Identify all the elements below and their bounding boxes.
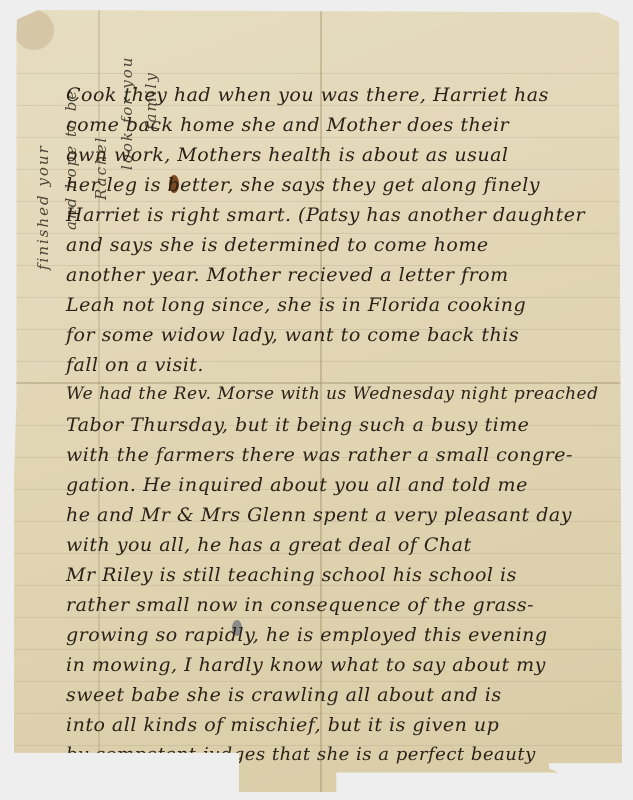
text-line: by competent judges that she is a perfec… [66,744,536,765]
cross-written-text: family [142,71,160,130]
cross-written-text: look for you [118,56,136,170]
text-line: Harriet is right smart. (Patsy has anoth… [66,204,585,226]
ruled-line [14,201,622,202]
text-line: fall on a visit. [66,354,204,376]
ruled-line [14,617,622,618]
text-line: in mowing, I hardly know what to say abo… [66,654,546,676]
cross-written-text: and hope to be [62,89,80,230]
text-line: with you all, he has a great deal of Cha… [66,534,472,556]
ruled-line [14,649,622,650]
text-line: Tabor Thursday, but it being such a busy… [66,414,529,436]
cross-written-text: finished your [34,144,52,270]
text-line: for some widow lady, want to come back t… [66,324,519,346]
text-line: sweet babe she is crawling all about and… [66,684,502,706]
text-line: Cook they had when you was there, Harrie… [66,84,549,106]
ruled-line [14,681,622,682]
text-line: he and Mr & Mrs Glenn spent a very pleas… [66,504,572,526]
text-line: and says she is determined to come home [66,234,489,256]
cross-written-text: Rachel [92,136,110,200]
text-line: Leah not long since, she is in Florida c… [66,294,526,316]
text-line: into all kinds of mischief, but it is gi… [66,714,499,736]
text-line: her leg is better, she says they get alo… [66,174,540,196]
text-line: with the farmers there was rather a smal… [66,444,573,466]
text-line: another year. Mother recieved a letter f… [66,264,509,286]
text-line: Mr Riley is still teaching school his sc… [66,564,517,586]
letter-page: Cook they had when you was there, Harrie… [14,10,622,792]
text-line: gation. He inquired about you all and to… [66,474,528,496]
text-line: growing so rapidly, he is employed this … [66,624,548,646]
text-line: We had the Rev. Morse with us Wednesday … [66,384,598,404]
corner-wear [14,10,54,50]
ruled-line [14,73,622,74]
text-line: rather small now in consequence of the g… [66,594,534,616]
